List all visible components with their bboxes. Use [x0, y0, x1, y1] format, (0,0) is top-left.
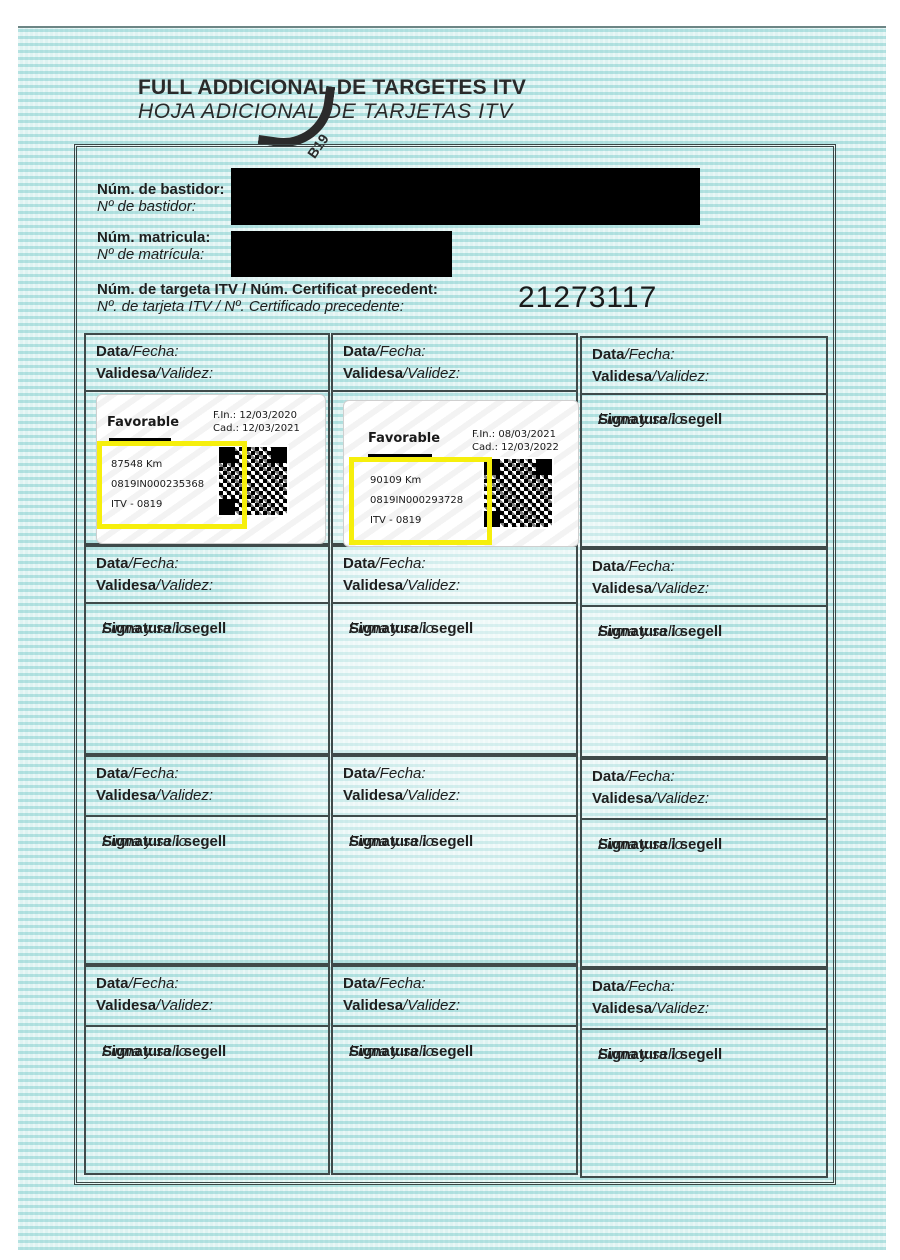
bastidor-label: Núm. de bastidor: Nº de bastidor: [97, 181, 225, 215]
inspection-result: Favorable [107, 415, 179, 430]
signature-area: Signatura i segell / Firma y sello [86, 1025, 328, 1027]
signature-area: Signatura i segell / Firma y sello [86, 815, 328, 817]
expiry-date: Cad.: 12/03/2021 [213, 422, 300, 435]
date-validity-label: Data/Fecha:Validesa/Validez: [343, 553, 460, 597]
matricula-label: Núm. matricula: Nº de matrícula: [97, 229, 210, 263]
matricula-label-ca: Núm. matricula: [97, 229, 210, 246]
signature-area: Signatura i segell / Firma y sello [86, 390, 328, 392]
inspection-date: F.In.: 08/03/2021 [472, 428, 559, 441]
inspection-cell: Data/Fecha:Validesa/Validez:Signatura i … [580, 968, 828, 1178]
date-validity-label: Data/Fecha:Validesa/Validez: [96, 763, 213, 807]
inspection-result: Favorable [368, 431, 440, 446]
date-validity-label: Data/Fecha:Validesa/Validez: [96, 553, 213, 597]
highlight-box [97, 441, 247, 529]
signature-area: Signatura i segell / Firma y sello [333, 1025, 576, 1027]
date-validity-label: Data/Fecha:Validesa/Validez: [592, 556, 709, 600]
matricula-label-es: Nº de matrícula: [97, 246, 210, 263]
date-validity-label: Data/Fecha:Validesa/Validez: [343, 973, 460, 1017]
expiry-date: Cad.: 12/03/2022 [472, 441, 559, 454]
date-validity-label: Data/Fecha:Validesa/Validez: [96, 341, 213, 385]
targeta-label-es: Nº. de tarjeta ITV / Nº. Certificado pre… [97, 298, 438, 315]
inspection-cell: Data/Fecha:Validesa/Validez:Signatura i … [331, 965, 578, 1175]
inspection-dates: F.In.: 12/03/2020Cad.: 12/03/2021 [213, 409, 300, 435]
targeta-label: Núm. de targeta ITV / Núm. Certificat pr… [97, 281, 438, 315]
signature-area: Signatura i segell / Firma y sello [582, 393, 826, 395]
date-validity-label: Data/Fecha:Validesa/Validez: [592, 344, 709, 388]
highlight-box [349, 457, 492, 545]
inspection-cell: Data/Fecha:Validesa/Validez:Signatura i … [331, 755, 578, 965]
inspection-cell: Data/Fecha:Validesa/Validez:Signatura i … [580, 548, 828, 758]
inspection-cell: Data/Fecha:Validesa/Validez:Signatura i … [580, 758, 828, 968]
inspection-date: F.In.: 12/03/2020 [213, 409, 300, 422]
inspection-cell: Data/Fecha:Validesa/Validez:Signatura i … [84, 755, 330, 965]
signature-area: Signatura i segell / Firma y sello [333, 815, 576, 817]
signature-area: Signatura i segell / Firma y sello [333, 602, 576, 604]
inspection-cell: Data/Fecha:Validesa/Validez:Signatura i … [580, 336, 828, 548]
signature-area: Signatura i segell / Firma y sello [86, 602, 328, 604]
date-validity-label: Data/Fecha:Validesa/Validez: [343, 763, 460, 807]
inspection-cell: Data/Fecha:Validesa/Validez:Signatura i … [331, 545, 578, 755]
date-validity-label: Data/Fecha:Validesa/Validez: [343, 341, 460, 385]
bastidor-label-ca: Núm. de bastidor: [97, 181, 225, 198]
bastidor-redacted-value [231, 168, 700, 225]
inspection-cell: Data/Fecha:Validesa/Validez:Signatura i … [84, 545, 330, 755]
inspection-cell: Data/Fecha:Validesa/Validez:Signatura i … [84, 965, 330, 1175]
certificate-number: 21273117 [518, 281, 657, 315]
date-validity-label: Data/Fecha:Validesa/Validez: [592, 766, 709, 810]
inspection-dates: F.In.: 08/03/2021Cad.: 12/03/2022 [472, 428, 559, 454]
date-validity-label: Data/Fecha:Validesa/Validez: [96, 973, 213, 1017]
qr-code-icon [484, 459, 552, 527]
itv-inspection-sticker: FavorableF.In.: 08/03/2021Cad.: 12/03/20… [343, 400, 579, 547]
date-validity-label: Data/Fecha:Validesa/Validez: [592, 976, 709, 1020]
signature-area: Signatura i segell / Firma y sello [582, 605, 826, 607]
signature-area: Signatura i segell / Firma y sello [582, 818, 826, 820]
signature-area: Signatura i segell / Firma y sello [333, 390, 576, 392]
signature-area: Signatura i segell / Firma y sello [582, 1028, 826, 1030]
itv-inspection-sticker: FavorableF.In.: 12/03/2020Cad.: 12/03/20… [96, 394, 326, 544]
matricula-redacted-value [231, 231, 452, 277]
targeta-label-ca: Núm. de targeta ITV / Núm. Certificat pr… [97, 281, 438, 298]
bastidor-label-es: Nº de bastidor: [97, 198, 225, 215]
